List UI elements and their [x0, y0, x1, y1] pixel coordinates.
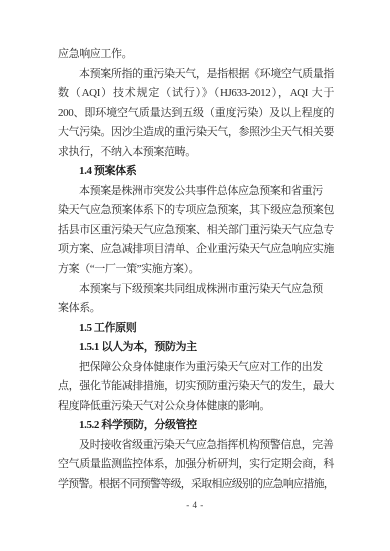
body-text-line: 括县市区重污染天气应急预案、相关部门重污染天气应急专 [58, 221, 334, 241]
body-text-line: 本预案是株洲市突发公共事件总体应急预案和省重污 [58, 182, 334, 202]
body-text-line: 及时接收省级重污染天气应急指挥机构预警信息，完善 [58, 436, 334, 456]
section-heading-1-4: 1.4 预案体系 [58, 162, 334, 182]
body-text-line: 染天气应急预案体系下的专项应急预案，其下级应急预案包 [58, 201, 334, 221]
body-text-line: 案体系。 [58, 299, 334, 319]
body-text-line: 本预案与下级预案共同组成株洲市重污染天气应急预 [58, 280, 334, 300]
body-text-line: 学预警。根据不同预警等级，采取相应级别的应急响应措施， [58, 475, 334, 495]
document-page: 应急响应工作。 本预案所指的重污染天气，是指根据《环境空气质量指 数（AQI）技… [0, 0, 390, 551]
body-text-line: 应急响应工作。 [58, 45, 334, 65]
body-text-line: 方案（“一厂一策”实施方案）。 [58, 260, 334, 280]
body-text-line: 项方案、应急减排项目清单、企业重污染天气应急响应实施 [58, 240, 334, 260]
body-text-line: 空气质量监测监控体系，加强分析研判，实行定期会商，科 [58, 455, 334, 475]
body-text-line: 把保障公众身体健康作为重污染天气应对工作的出发 [58, 358, 334, 378]
body-text-line: 程度降低重污染天气对公众身体健康的影响。 [58, 397, 334, 417]
page-number: - 4 - [0, 500, 390, 510]
body-text-line: 求执行，不纳入本预案范畴。 [58, 143, 334, 163]
section-heading-1-5-1: 1.5.1 以人为本，预防为主 [58, 338, 334, 358]
document-body: 应急响应工作。 本预案所指的重污染天气，是指根据《环境空气质量指 数（AQI）技… [58, 45, 334, 495]
body-text-line: 数（AQI）技术规定（试行）》（HJ633-2012），AQI 大于 [58, 84, 334, 104]
body-text-line: 200、即环境空气质量达到五级（重度污染）及以上程度的 [58, 104, 334, 124]
section-heading-1-5-2: 1.5.2 科学预防，分级管控 [58, 416, 334, 436]
section-heading-1-5: 1.5 工作原则 [58, 319, 334, 339]
body-text-line: 点，强化节能减排措施，切实预防重污染天气的发生，最大 [58, 377, 334, 397]
body-text-line: 大气污染。因沙尘造成的重污染天气，参照沙尘天气相关要 [58, 123, 334, 143]
body-text-line: 本预案所指的重污染天气，是指根据《环境空气质量指 [58, 65, 334, 85]
